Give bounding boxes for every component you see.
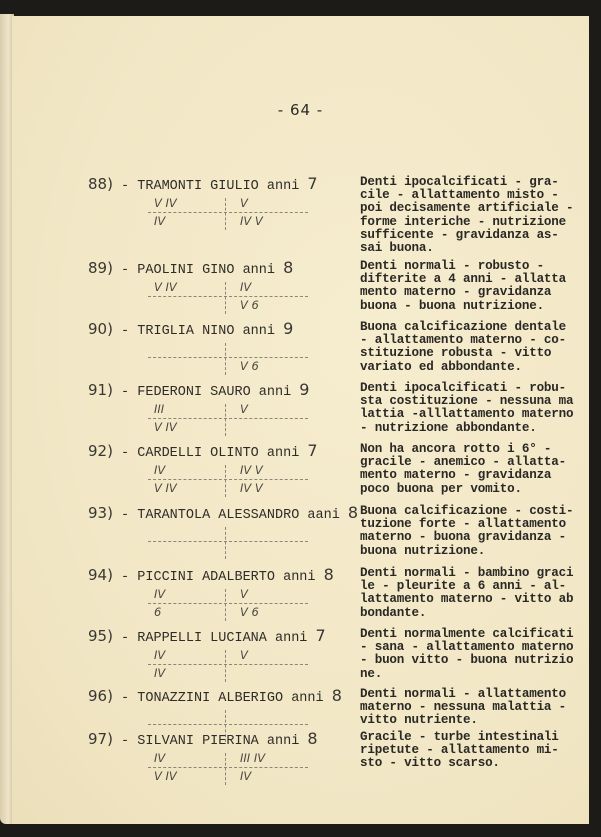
patient-age: 9 bbox=[283, 319, 293, 338]
dental-chart: IVIII IVV IVIV bbox=[148, 753, 308, 787]
dental-chart: IVV6V 6 bbox=[148, 589, 308, 623]
document-page: - 64 - 88) - TRAMONTI GIULIO anni 7V IVV… bbox=[12, 16, 589, 824]
patient-age: 8 bbox=[307, 729, 317, 748]
dental-chart-vertical-line bbox=[225, 527, 226, 559]
dental-upper-right: V bbox=[240, 587, 248, 601]
dental-lower-right: IV V bbox=[240, 481, 263, 495]
dental-chart-vertical-line bbox=[225, 198, 226, 230]
entry-dash: - bbox=[113, 691, 137, 706]
dental-lower-left: IV bbox=[154, 666, 165, 680]
dental-upper-right: V bbox=[240, 402, 248, 416]
entry-dash: - bbox=[113, 446, 137, 461]
patient-age: 7 bbox=[307, 441, 317, 460]
dental-chart-vertical-line bbox=[225, 343, 226, 375]
age-label: aani bbox=[299, 508, 348, 523]
age-label: anni bbox=[259, 446, 308, 461]
dental-lower-left: 6 bbox=[154, 605, 161, 619]
dental-chart-vertical-line bbox=[225, 589, 226, 621]
dental-chart: V IVIVV 6 bbox=[148, 282, 308, 316]
age-label: anni bbox=[251, 385, 300, 400]
patient-name: SILVANI PIERINA bbox=[137, 734, 259, 749]
clinical-note: Buona calcificazione - costi- tuzione fo… bbox=[360, 505, 580, 558]
entry-number: 90) bbox=[88, 320, 113, 338]
patient-age: 8 bbox=[283, 258, 293, 277]
entry-dash: - bbox=[113, 570, 137, 585]
patient-age: 8 bbox=[332, 686, 342, 705]
dental-chart: IVVIV bbox=[148, 650, 308, 684]
entry-heading: 94) - PICCINI ADALBERTO anni 8 bbox=[88, 565, 334, 585]
dental-lower-left: V IV bbox=[154, 481, 177, 495]
patient-name: TONAZZINI ALBERIGO bbox=[137, 691, 283, 706]
dental-lower-right: IV bbox=[240, 769, 251, 783]
age-label: anni bbox=[234, 324, 283, 339]
entry-number: 96) bbox=[88, 687, 113, 705]
dental-chart-horizontal-line bbox=[148, 767, 308, 768]
patient-age: 7 bbox=[307, 174, 317, 193]
age-label: anni bbox=[259, 179, 308, 194]
patient-name: PICCINI ADALBERTO bbox=[137, 570, 275, 585]
dental-chart-horizontal-line bbox=[148, 664, 308, 665]
dental-chart-vertical-line bbox=[225, 753, 226, 785]
entry-number: 89) bbox=[88, 259, 113, 277]
dental-chart-horizontal-line bbox=[148, 541, 308, 542]
entry-dash: - bbox=[113, 508, 137, 523]
age-label: anni bbox=[267, 631, 316, 646]
dental-chart: V 6 bbox=[148, 343, 308, 377]
patient-name: PAOLINI GINO bbox=[137, 263, 234, 278]
clinical-note: Denti normalmente calcificati - sana - a… bbox=[360, 628, 580, 681]
clinical-note: Denti ipocalcificati - robu- sta costitu… bbox=[360, 382, 580, 435]
entry-heading: 91) - FEDERONI SAURO anni 9 bbox=[88, 380, 309, 400]
patient-age: 9 bbox=[299, 380, 309, 399]
entry-dash: - bbox=[113, 263, 137, 278]
entry-heading: 96) - TONAZZINI ALBERIGO anni 8 bbox=[88, 686, 342, 706]
dental-lower-right: V 6 bbox=[240, 359, 259, 373]
entry-number: 91) bbox=[88, 381, 113, 399]
patient-name: TRAMONTI GIULIO bbox=[137, 179, 259, 194]
dental-lower-right: V 6 bbox=[240, 605, 259, 619]
dental-lower-right: IV V bbox=[240, 214, 263, 228]
dental-chart-horizontal-line bbox=[148, 603, 308, 604]
entry-number: 88) bbox=[88, 175, 113, 193]
entry-heading: 93) - TARANTOLA ALESSANDRO aani 8 bbox=[88, 503, 358, 523]
dental-upper-left: V IV bbox=[154, 280, 177, 294]
dental-chart-vertical-line bbox=[225, 282, 226, 314]
clinical-note: Denti ipocalcificati - gra- cile - allat… bbox=[360, 176, 580, 255]
dental-upper-right: V bbox=[240, 196, 248, 210]
clinical-note: Denti normali - bambino graci le - pleur… bbox=[360, 567, 580, 620]
entry-heading: 89) - PAOLINI GINO anni 8 bbox=[88, 258, 293, 278]
dental-chart-horizontal-line bbox=[148, 357, 308, 358]
dental-upper-right: V bbox=[240, 648, 248, 662]
patient-name: FEDERONI SAURO bbox=[137, 385, 250, 400]
dental-chart-vertical-line bbox=[225, 650, 226, 682]
age-label: anni bbox=[283, 691, 332, 706]
dental-chart-horizontal-line bbox=[148, 296, 308, 297]
entry-heading: 95) - RAPPELLI LUCIANA anni 7 bbox=[88, 626, 326, 646]
dental-upper-left: V IV bbox=[154, 196, 177, 210]
dental-chart-vertical-line bbox=[225, 465, 226, 497]
entry-number: 97) bbox=[88, 730, 113, 748]
dental-chart-horizontal-line bbox=[148, 212, 308, 213]
dental-lower-right: V 6 bbox=[240, 298, 259, 312]
entry-dash: - bbox=[113, 179, 137, 194]
age-label: anni bbox=[275, 570, 324, 585]
dental-chart: IIIVV IV bbox=[148, 404, 308, 438]
dental-chart bbox=[148, 527, 308, 561]
dental-upper-right: IV bbox=[240, 280, 251, 294]
patient-age: 7 bbox=[316, 626, 326, 645]
dental-lower-left: IV bbox=[154, 214, 165, 228]
dental-upper-left: IV bbox=[154, 751, 165, 765]
clinical-note: Denti normali - robusto - difterite a 4 … bbox=[360, 260, 580, 313]
dental-upper-left: IV bbox=[154, 463, 165, 477]
patient-name: TRIGLIA NINO bbox=[137, 324, 234, 339]
entry-heading: 88) - TRAMONTI GIULIO anni 7 bbox=[88, 174, 318, 194]
dental-upper-right: IV V bbox=[240, 463, 263, 477]
dental-lower-left: V IV bbox=[154, 769, 177, 783]
dental-upper-left: IV bbox=[154, 648, 165, 662]
age-label: anni bbox=[259, 734, 308, 749]
dental-chart-horizontal-line bbox=[148, 479, 308, 480]
dental-chart-horizontal-line bbox=[148, 418, 308, 419]
entry-number: 94) bbox=[88, 566, 113, 584]
entry-heading: 92) - CARDELLI OLINTO anni 7 bbox=[88, 441, 318, 461]
clinical-note: Gracile - turbe intestinali ripetute - a… bbox=[360, 731, 580, 771]
entry-number: 93) bbox=[88, 504, 113, 522]
dental-lower-left: V IV bbox=[154, 420, 177, 434]
dental-upper-left: III bbox=[154, 402, 164, 416]
dental-chart-vertical-line bbox=[225, 404, 226, 436]
page-number: - 64 - bbox=[12, 101, 589, 119]
entry-number: 92) bbox=[88, 442, 113, 460]
dental-chart: V IVVIVIV V bbox=[148, 198, 308, 232]
patient-name: RAPPELLI LUCIANA bbox=[137, 631, 267, 646]
clinical-note: Buona calcificazione dentale - allattame… bbox=[360, 321, 580, 374]
entry-dash: - bbox=[113, 385, 137, 400]
clinical-note: Denti normali - allattamento materno - n… bbox=[360, 688, 580, 728]
patient-name: TARANTOLA ALESSANDRO bbox=[137, 508, 299, 523]
entry-heading: 90) - TRIGLIA NINO anni 9 bbox=[88, 319, 293, 339]
entry-heading: 97) - SILVANI PIERINA anni 8 bbox=[88, 729, 318, 749]
patient-age: 8 bbox=[324, 565, 334, 584]
dental-upper-right: III IV bbox=[240, 751, 265, 765]
entry-dash: - bbox=[113, 631, 137, 646]
entry-dash: - bbox=[113, 734, 137, 749]
patient-name: CARDELLI OLINTO bbox=[137, 446, 259, 461]
dental-chart: IVIV VV IVIV V bbox=[148, 465, 308, 499]
clinical-note: Non ha ancora rotto i 6° - gracile - ane… bbox=[360, 443, 580, 496]
entry-number: 95) bbox=[88, 627, 113, 645]
age-label: anni bbox=[234, 263, 283, 278]
patient-age: 8 bbox=[348, 503, 358, 522]
dental-chart-horizontal-line bbox=[148, 724, 308, 725]
entry-dash: - bbox=[113, 324, 137, 339]
dental-upper-left: IV bbox=[154, 587, 165, 601]
